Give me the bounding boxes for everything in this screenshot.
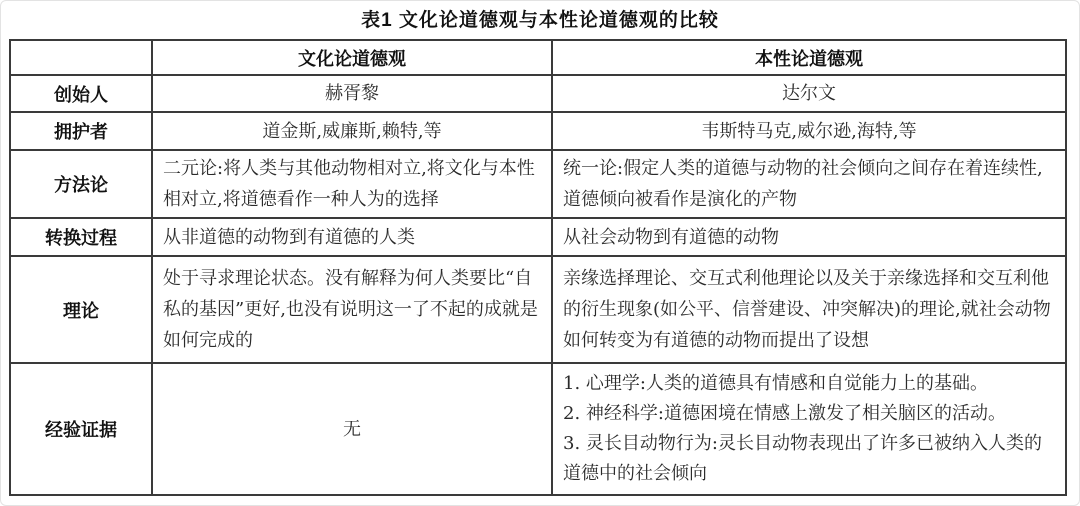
col-header-nature: 本性论道德观 — [552, 40, 1066, 75]
cell-evidence-nature: 1. 心理学:人类的道德具有情感和自觉能力上的基础。 2. 神经科学:道德困境在… — [552, 363, 1066, 495]
document-page: 表1 文化论道德观与本性论道德观的比较 文化论道德观 本性论道德观 创始人 赫胥… — [0, 0, 1080, 506]
cell-evidence-cultural: 无 — [152, 363, 552, 495]
table-row-supporters: 拥护者 道金斯,威廉斯,赖特,等 韦斯特马克,威尔逊,海特,等 — [10, 112, 1066, 150]
cell-methodology-cultural: 二元论:将人类与其他动物相对立,将文化与本性相对立,将道德看作一种人为的选择 — [152, 150, 552, 218]
corner-cell — [10, 40, 152, 75]
evidence-item-neuroscience: 2. 神经科学:道德困境在情感上激发了相关脑区的活动。 — [563, 399, 1055, 429]
evidence-item-primate-behavior: 3. 灵长目动物行为:灵长目动物表现出了许多已被纳入人类的道德中的社会倾向 — [563, 429, 1055, 489]
table-row-theory: 理论 处于寻求理论状态。没有解释为何人类要比“自私的基因”更好,也没有说明这一了… — [10, 256, 1066, 363]
row-label-supporters: 拥护者 — [10, 112, 152, 150]
cell-theory-nature: 亲缘选择理论、交互式利他理论以及关于亲缘选择和交互利他的衍生现象(如公平、信誉建… — [552, 256, 1066, 363]
row-label-evidence: 经验证据 — [10, 363, 152, 495]
comparison-table: 文化论道德观 本性论道德观 创始人 赫胥黎 达尔文 拥护者 道金斯,威廉斯,赖特… — [9, 39, 1067, 496]
evidence-item-psychology: 1. 心理学:人类的道德具有情感和自觉能力上的基础。 — [563, 369, 1055, 399]
cell-supporters-nature: 韦斯特马克,威尔逊,海特,等 — [552, 112, 1066, 150]
row-label-theory: 理论 — [10, 256, 152, 363]
header-row: 文化论道德观 本性论道德观 — [10, 40, 1066, 75]
table-row-founder: 创始人 赫胥黎 达尔文 — [10, 75, 1066, 112]
table-title: 表1 文化论道德观与本性论道德观的比较 — [1, 10, 1079, 32]
cell-transition-cultural: 从非道德的动物到有道德的人类 — [152, 218, 552, 256]
row-label-methodology: 方法论 — [10, 150, 152, 218]
table-row-evidence: 经验证据 无 1. 心理学:人类的道德具有情感和自觉能力上的基础。 2. 神经科… — [10, 363, 1066, 495]
row-label-founder: 创始人 — [10, 75, 152, 112]
cell-supporters-cultural: 道金斯,威廉斯,赖特,等 — [152, 112, 552, 150]
cell-founder-nature: 达尔文 — [552, 75, 1066, 112]
row-label-transition: 转换过程 — [10, 218, 152, 256]
table-row-methodology: 方法论 二元论:将人类与其他动物相对立,将文化与本性相对立,将道德看作一种人为的… — [10, 150, 1066, 218]
col-header-cultural: 文化论道德观 — [152, 40, 552, 75]
cell-founder-cultural: 赫胥黎 — [152, 75, 552, 112]
cell-theory-cultural: 处于寻求理论状态。没有解释为何人类要比“自私的基因”更好,也没有说明这一了不起的… — [152, 256, 552, 363]
table-row-transition: 转换过程 从非道德的动物到有道德的人类 从社会动物到有道德的动物 — [10, 218, 1066, 256]
cell-methodology-nature: 统一论:假定人类的道德与动物的社会倾向之间存在着连续性,道德倾向被看作是演化的产… — [552, 150, 1066, 218]
cell-transition-nature: 从社会动物到有道德的动物 — [552, 218, 1066, 256]
